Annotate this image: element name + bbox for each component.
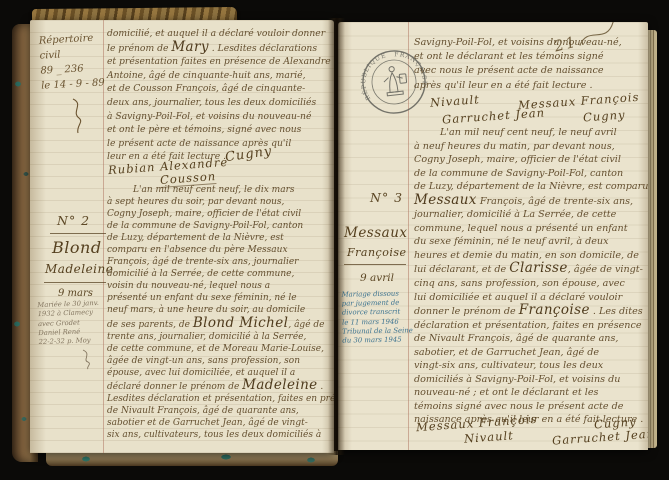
act3-name-given: Françoise — [347, 246, 407, 259]
repertoire-margin-note-item: le 14 - 9 - 89 — [41, 75, 105, 93]
act1-ending-text-item: le présent acte de naissance après qu'il — [107, 137, 331, 151]
page-stack-edge — [648, 30, 657, 448]
act3-text-item: domiciliés à Savigny-Poil-Fol, et voisin… — [414, 373, 648, 387]
bottom-marbled-edge — [46, 451, 338, 466]
act2-closing-text-item: Savigny-Poil-Fol, et voisins du nouveau-… — [414, 36, 622, 50]
act2-closing-text-item: et ont le déclarant et les témoins signé — [414, 50, 622, 64]
act3-text-item: de Nivault François, âgé de quarante ans… — [414, 332, 648, 346]
act3-signatures-row2-item: Nivault — [464, 428, 515, 445]
act2-text-item: de ses parents, de Blond Michel, âgé de — [107, 317, 334, 331]
act1-ending-text-item: et ont le père et témoins, signé avec no… — [107, 123, 331, 137]
act2-text-item: six ans, cultivateurs, tous les deux dom… — [107, 429, 334, 441]
divorce-blue-note: Mariage dissouspar jugement dedivorce tr… — [342, 289, 414, 345]
paraph-flourish — [80, 348, 96, 370]
act2-text-item: déclaré donner le prénom de Madeleine . — [107, 379, 334, 393]
marriage-pencil-note: Mariée le 30 janv.1932 à Clamecyavec Gro… — [37, 299, 100, 348]
act3-text-item: Cogny Joseph, maire, officier de l'état … — [414, 153, 648, 167]
act2-date: 9 mars — [58, 288, 93, 299]
act1-ending-text-item: domicilié, et auquel il a déclaré vouloi… — [107, 27, 331, 41]
act3-signatures-row2-item: Garruchet Jean — [551, 426, 648, 447]
act3-text-item: donner le prénom de Françoise . Les dite… — [414, 304, 648, 319]
act3-text-item: du sexe féminin, né le neuf avril, à deu… — [414, 235, 648, 249]
act2-signatures-row2-item: Cugny — [583, 108, 626, 125]
scanned-register-spread: Répertoirecivil89 _ 236le 14 - 9 - 89 do… — [0, 0, 669, 480]
act1-ending-text: domicilié, et auquel il a déclaré vouloi… — [107, 27, 331, 164]
act3-text: L'an mil neuf cent neuf, le neuf avrilà … — [414, 126, 648, 427]
act3-signatures-row1: Messaux FrançoisCugny — [416, 416, 636, 430]
act2-name-surname: Blond — [52, 238, 102, 257]
act2-text-item: François, âgé de trente-six ans, journal… — [107, 256, 334, 268]
act3-text-item: déclaration et présentation, faites en p… — [414, 319, 648, 333]
act2-text-item: de la commune de Savigny-Poil-Fol, canto… — [107, 220, 334, 232]
act3-text-item: lui déclarant, et de Clarisse, âgée de v… — [414, 262, 648, 277]
margin-divider — [50, 233, 106, 234]
act2-text-item: présenté un enfant du sexe féminin, né l… — [107, 292, 334, 304]
act2-text-item: Lesdites déclaration et présentation, fa… — [107, 393, 334, 405]
act1-ending-text-item: Antoine, âgé de cinquante-huit ans, mari… — [107, 69, 331, 83]
act3-text-item: Messaux François, âgé de trente-six ans, — [414, 194, 648, 209]
act2-closing-text-item: après qu'il leur en a été fait lecture . — [414, 79, 622, 93]
act1-ending-text-item: le prénom de Mary . Lesdites déclaration… — [107, 41, 331, 56]
left-page: Répertoirecivil89 _ 236le 14 - 9 - 89 do… — [30, 20, 334, 453]
act2-text-item: voisin du nouveau-né, lequel nous a — [107, 280, 334, 292]
act3-signatures-row2: NivaultGarruchet Jean — [464, 430, 648, 444]
act1-ending-text-item: deux ans, journalier, tous les deux domi… — [107, 96, 331, 110]
margin-divider — [44, 282, 106, 283]
act2-text-item: Cogny Joseph, maire, officier de l'état … — [107, 208, 334, 220]
act3-number: N° 3 — [370, 190, 403, 205]
act3-text-item: cinq ans, sans profession, son épouse, a… — [414, 277, 648, 291]
act2-closing-text-item: avec nous le présent acte de naissance — [414, 64, 622, 78]
act2-closing-text: Savigny-Poil-Fol, et voisins du nouveau-… — [414, 36, 622, 93]
act2-signatures-row2: Garruchet JeanCugny — [442, 109, 626, 123]
act2-text-item: de cette commune, et de Moreau Marie-Lou… — [107, 343, 334, 355]
act2-text-item: âgée de vingt-un ans, sans profession, s… — [107, 355, 334, 367]
margin-divider — [344, 264, 406, 265]
marianne-figure — [382, 65, 407, 96]
act3-text-item: L'an mil neuf cent neuf, le neuf avril — [414, 126, 648, 140]
act3-text-item: commune, lequel nous a présenté un enfan… — [414, 222, 648, 236]
act3-text-item: à neuf heures du matin, par devant nous, — [414, 140, 648, 154]
act3-text-item: journalier, domicilié à La Serrée, de ce… — [414, 208, 648, 222]
act2-text-item: trente ans, journalier, domicilié à la S… — [107, 331, 334, 343]
act3-date: 9 avril — [360, 272, 394, 284]
act2-text-item: domicilié à la Serrée, de cette commune, — [107, 268, 334, 280]
act2-signatures-row1-item: Nivault — [430, 92, 481, 109]
act3-text-item: sabotier, et de Garruchet Jean, âgé de — [414, 346, 648, 360]
svg-text:RÉPUBLIQUE: RÉPUBLIQUE — [357, 52, 392, 102]
act3-text-item: vingt-six ans, cultivateur, tous les deu… — [414, 359, 648, 373]
act2-text-item: comparu en l'absence du père Messaux — [107, 244, 334, 256]
act1-ending-text-item: et présentation faites en présence de Al… — [107, 55, 331, 69]
act2-signatures-row2-item: Garruchet Jean — [442, 105, 546, 126]
right-page: 21 RÉPUBLIQUE FRANÇAISE Savign — [338, 22, 648, 450]
act3-name-surname: Messaux — [344, 225, 408, 241]
act2-text-item: L'an mil neuf cent neuf, le dix mars — [107, 184, 334, 196]
act1-ending-text-item: et de Cousson François, âgé de cinquante… — [107, 82, 331, 96]
divorce-blue-note-item: du 30 mars 1945 — [342, 335, 413, 345]
act2-number: N° 2 — [57, 213, 90, 228]
act3-text-item: de la commune de Savigny-Poil-Fol, canto… — [414, 167, 648, 181]
act3-text-item: nouveau-né ; et ont le déclarant et les — [414, 386, 648, 400]
act1-ending-text-item: à Savigny-Poil-Fol, et voisins du nouvea… — [107, 110, 331, 124]
act2-text-item: sabotier et de Garruchet Jean, âgé de vi… — [107, 417, 334, 429]
gutter-shadow — [328, 18, 345, 455]
paraph-flourish — [68, 96, 90, 136]
act2-text: L'an mil neuf cent neuf, le dix marsà se… — [107, 184, 334, 441]
marriage-pencil-note-item: 22-2-32 p. Moy — [39, 336, 101, 347]
act2-text-item: de Nivault François, âgé de quarante ans… — [107, 405, 334, 417]
repertoire-margin-note: Répertoirecivil89 _ 236le 14 - 9 - 89 — [38, 30, 105, 93]
act2-text-item: à sept heures du soir, par devant nous, — [107, 196, 334, 208]
act2-name-given: Madeleine — [45, 262, 113, 276]
act2-text-item: de Luzy, département de la Nièvre, est — [107, 232, 334, 244]
